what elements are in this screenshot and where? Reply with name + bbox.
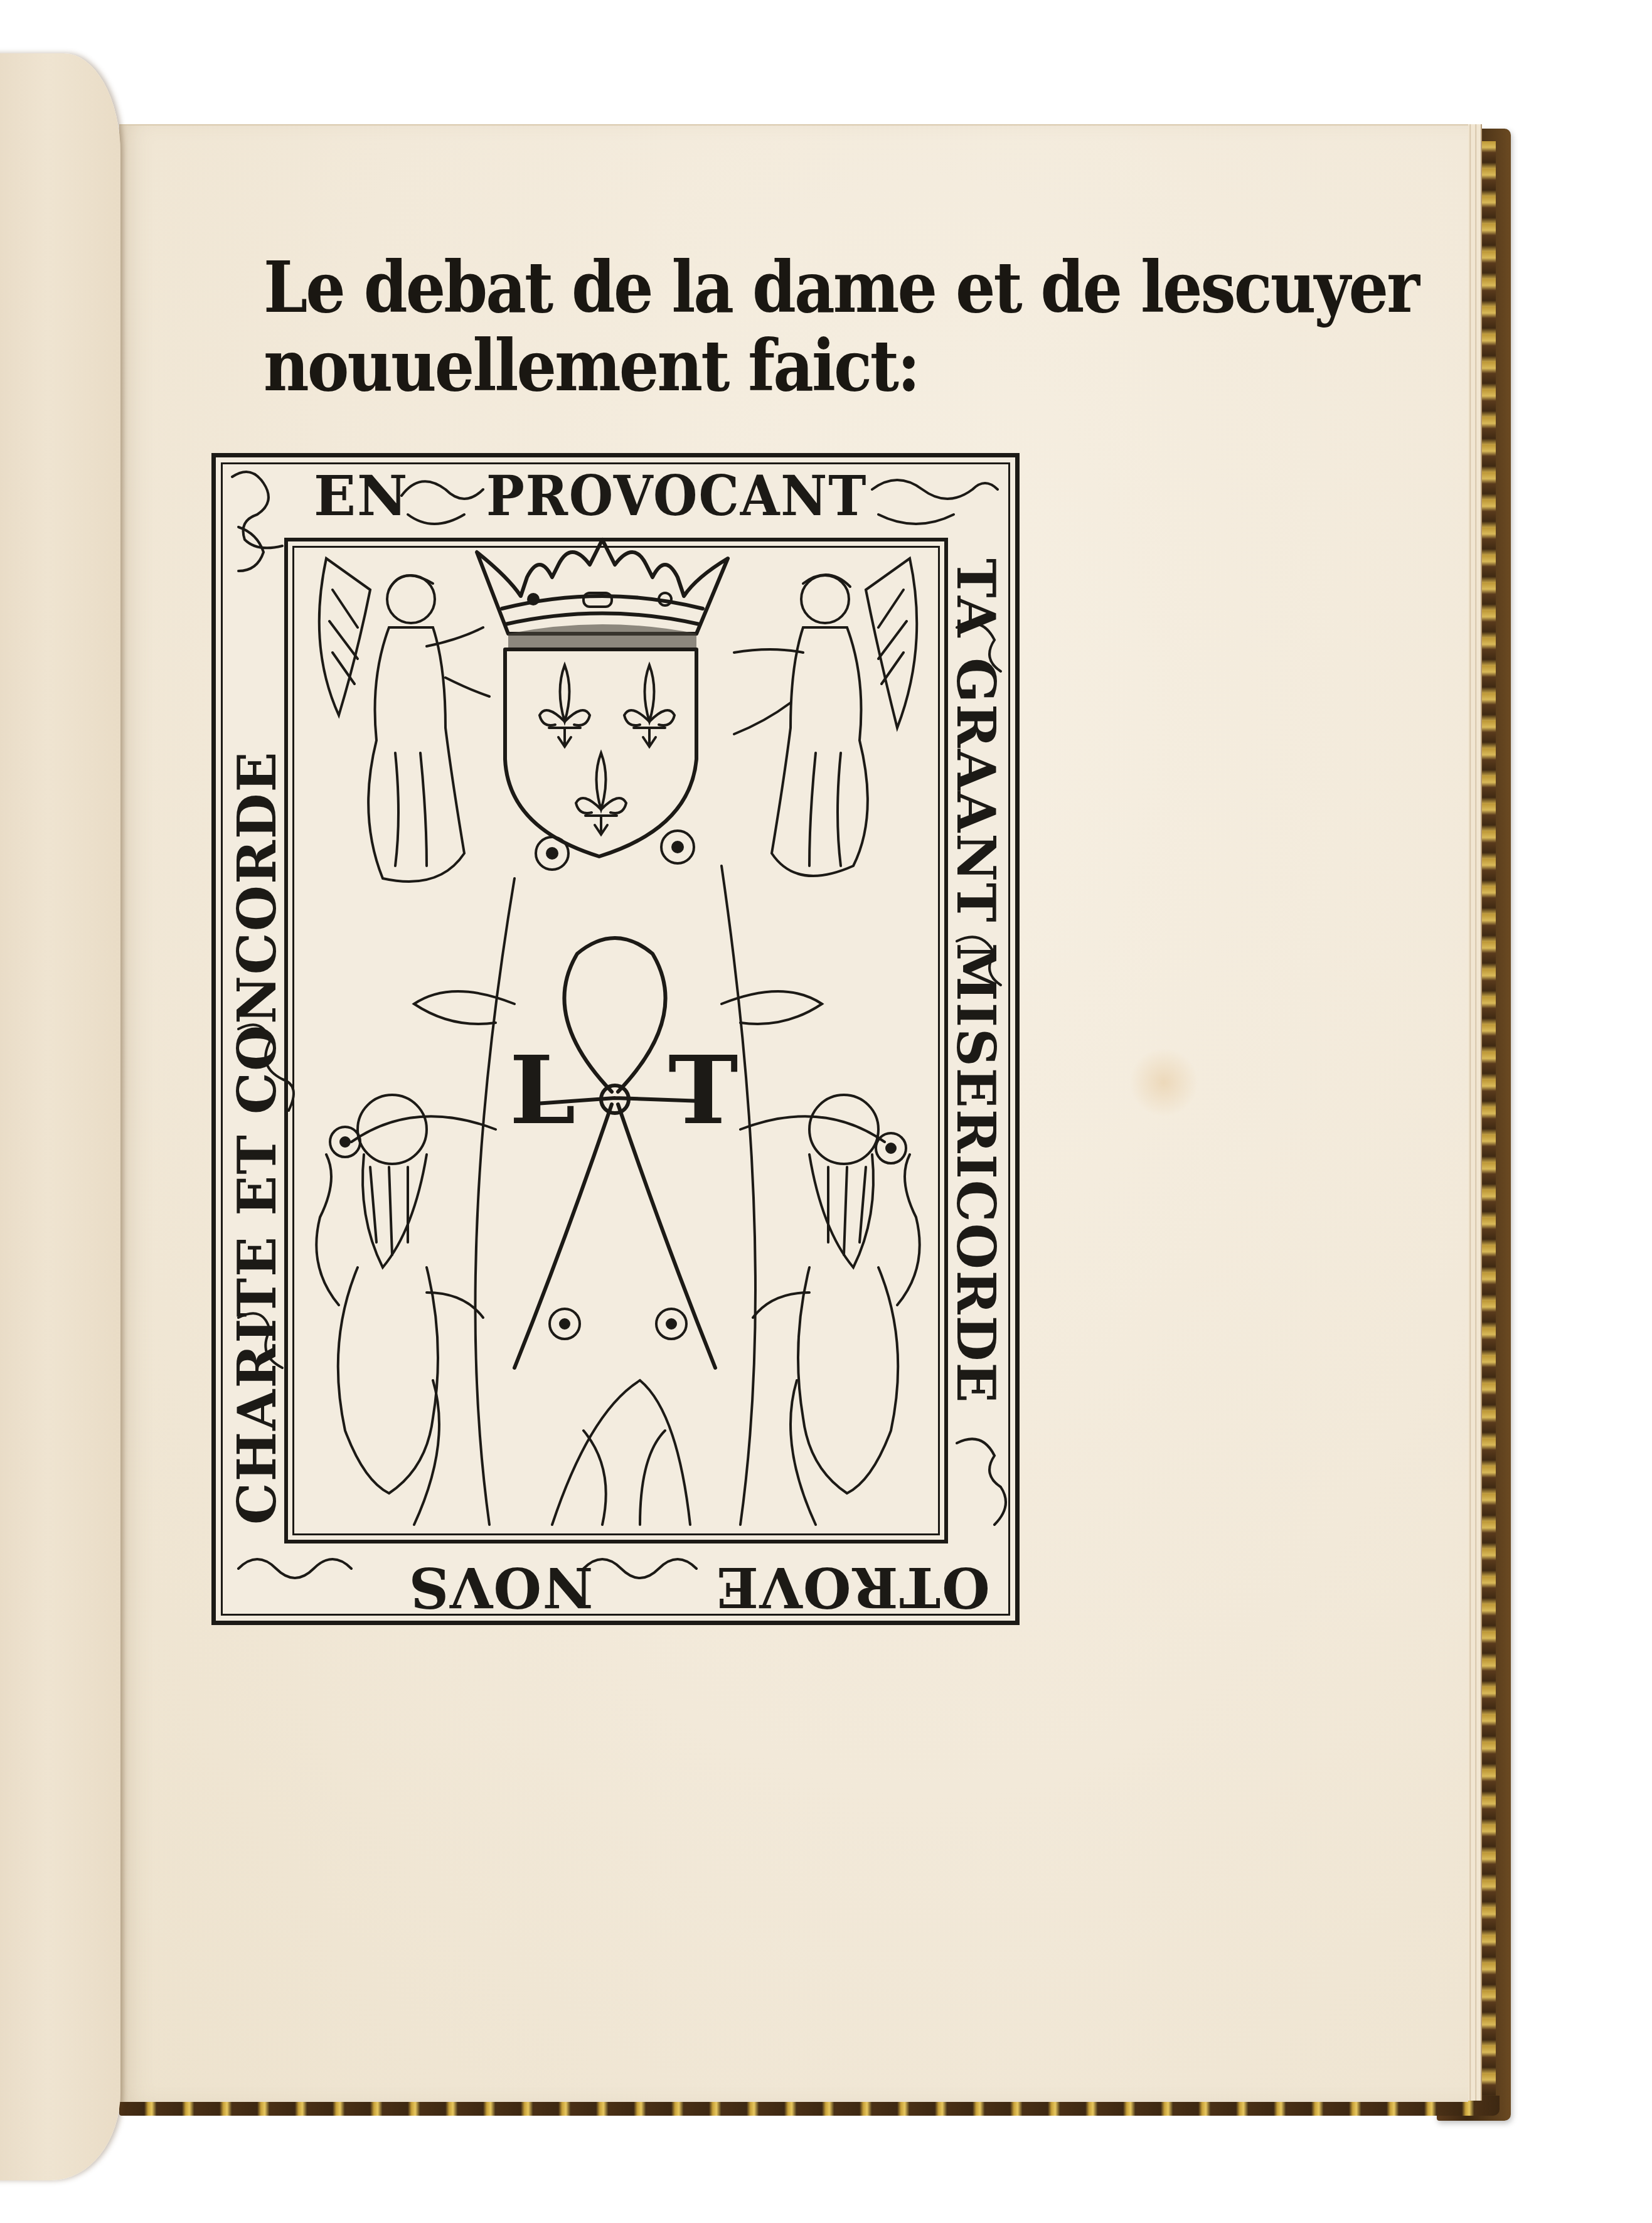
flower-icon bbox=[330, 831, 906, 1339]
fleur-de-lis-icon bbox=[540, 665, 674, 834]
floral-vines-icon bbox=[289, 816, 947, 1537]
